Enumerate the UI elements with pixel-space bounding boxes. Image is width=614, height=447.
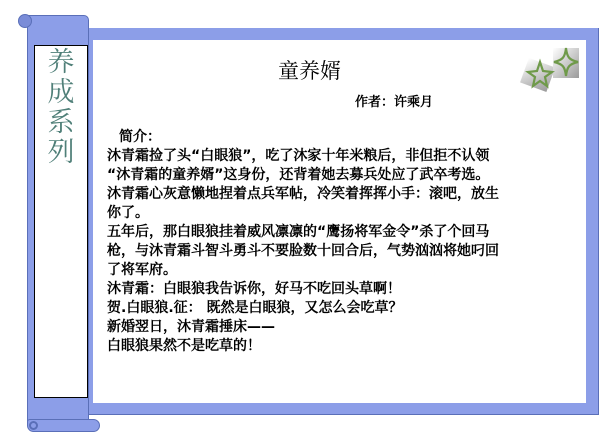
series-label-char: 养	[34, 48, 88, 78]
synopsis-line: 了将军府。	[107, 261, 577, 280]
series-label: 养 成 系 列	[34, 48, 88, 168]
series-label-char: 系	[34, 108, 88, 138]
synopsis-line: 新婚翌日，沐青霜捶床——	[107, 318, 577, 337]
stars-icon	[520, 44, 582, 94]
synopsis-line: 沐青霜：白眼狼我告诉你，好马不吃回头草啊！	[107, 280, 577, 299]
synopsis-line: 你了。	[107, 204, 577, 223]
synopsis-line: 白眼狼果然不是吃草的！	[107, 337, 577, 356]
series-label-char: 列	[34, 138, 88, 168]
synopsis-line: 沐青霜心灰意懒地捏着点兵军帖，冷笑着挥挥小手：滚吧，放生	[107, 185, 577, 204]
scroll-curl-top-icon	[18, 14, 32, 28]
series-label-char: 成	[34, 78, 88, 108]
synopsis-line: “沐青霜的童养婿”这身份，还背着她去募兵处应了武卒考选。	[107, 166, 577, 185]
author-line: 作者：许乘月	[355, 91, 433, 110]
book-title: 童养婿	[278, 55, 341, 85]
scroll-curl-bottom-icon	[29, 421, 38, 430]
synopsis-line: 枪，与沐青霜斗智斗勇斗不要脸数十回合后，气势汹汹将她叼回	[107, 242, 577, 261]
synopsis-line: 沐青霜捡了头“白眼狼”，吃了沐家十年米粮后，非但拒不认领	[107, 147, 577, 166]
synopsis-line: 贺.白眼狼.征： 既然是白眼狼，又怎么会吃草？	[107, 299, 577, 318]
synopsis-line: 五年后，那白眼狼挂着威风凛凛的“鹰扬将军金令”杀了个回马	[107, 223, 577, 242]
synopsis: 简介： 沐青霜捡了头“白眼狼”，吃了沐家十年米粮后，非但拒不认领 “沐青霜的童养…	[107, 128, 577, 356]
intro-label: 简介：	[107, 128, 577, 147]
